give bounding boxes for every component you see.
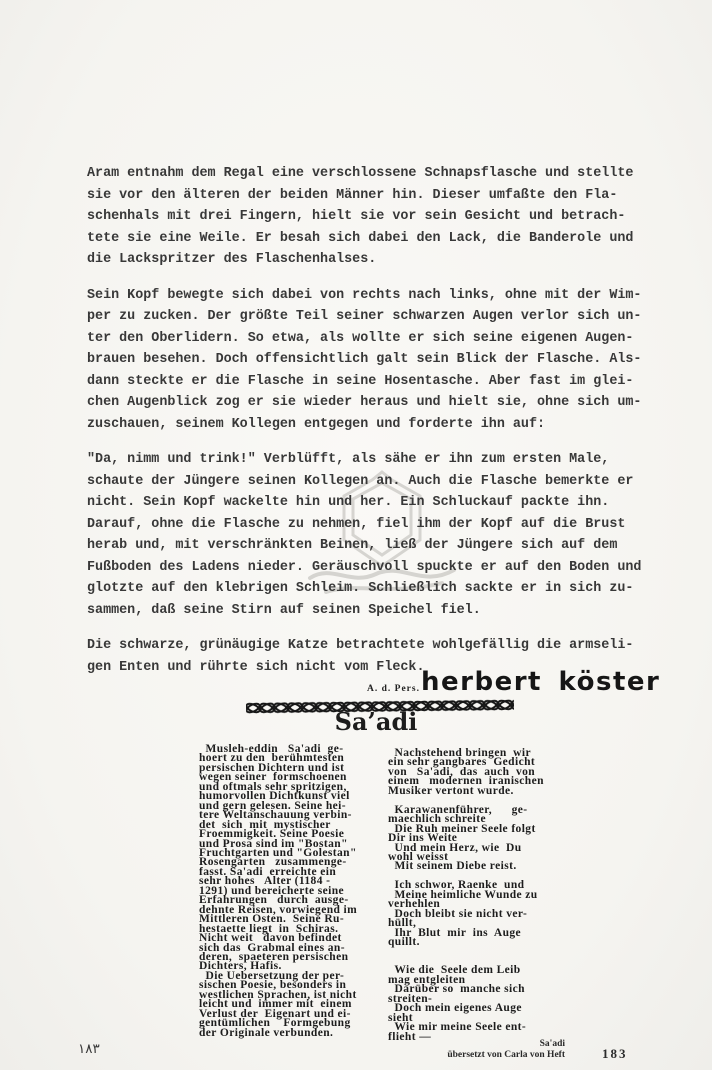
author-name: herbert köster xyxy=(421,667,660,697)
clipping-title: Sa’adi xyxy=(276,707,476,736)
story-paragraph-1: Aram entnahm dem Regal eine verschlossen… xyxy=(87,163,662,271)
scanned-page: Aram entnahm dem Regal eine verschlossen… xyxy=(0,0,712,1070)
page-number-arabic: ١٨٣ xyxy=(78,1041,100,1057)
story-paragraph-2: Sein Kopf bewegte sich dabei von rechts … xyxy=(87,285,662,436)
clipping-attribution: Sa'adi übersetzt von Carla von Heft xyxy=(385,1039,565,1060)
clipping-right-column: Nachstehend bringen wir ein sehr gangbar… xyxy=(388,749,566,1042)
story-paragraph-3: "Da, nimm und trink!" Verblüfft, als säh… xyxy=(87,449,662,621)
clipping-left-column: Musleh-eddin Sa'adi ge- hoert zu den ber… xyxy=(199,745,377,1038)
page-number: 183 xyxy=(602,1046,628,1062)
translation-credit-label: A. d. Pers. xyxy=(367,684,420,694)
story-text: Aram entnahm dem Regal eine verschlossen… xyxy=(87,163,662,692)
